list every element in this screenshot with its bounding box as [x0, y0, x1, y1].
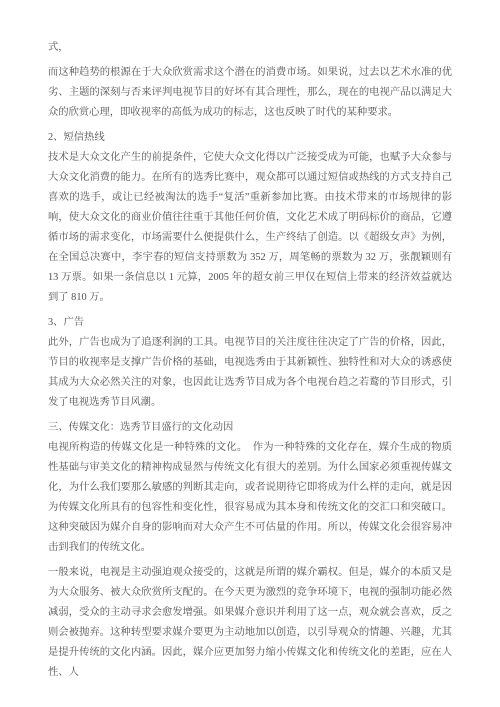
section-heading-media-culture: 三、传媒文化：选秀节目盛行的文化动因	[48, 418, 452, 438]
paragraph-sms-voting: 技术是大众文化产生的前提条件，它使大众文化得以广泛接受成为可能，也赋予大众参与大…	[48, 148, 452, 308]
section-heading-advertising: 3、广告	[48, 313, 452, 333]
paragraph-advertising: 此外，广告也成为了追逐利润的工具。电视节目的关注度往往决定了广告的价格，因此，节…	[48, 333, 452, 413]
paragraph-consumer-market: 而这种趋势的根源在于大众欣赏需求这个潜在的消费市场。如果说，过去以艺术水准的优劣…	[48, 63, 452, 123]
paragraph-continuation: 式，	[48, 38, 452, 58]
paragraph-media-culture: 电视所构造的传媒文化是一种特殊的文化。 作为一种特殊的文化存在，媒介生成的物质性…	[48, 438, 452, 558]
section-heading-sms-hotline: 2、短信热线	[48, 128, 452, 148]
paragraph-media-hegemony: 一般来说，电视是主动强迫观众接受的，这就是所谓的媒介霸权。但是，媒介的本质又是为…	[48, 563, 452, 683]
document-page: 式， 而这种趋势的根源在于大众欣赏需求这个潜在的消费市场。如果说，过去以艺术水准…	[0, 0, 500, 707]
